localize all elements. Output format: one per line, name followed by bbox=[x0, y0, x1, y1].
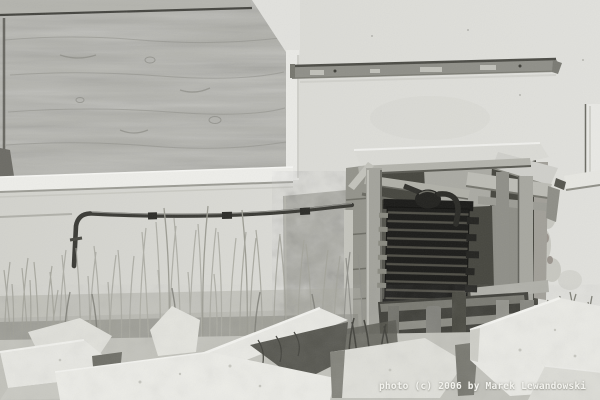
film-grain bbox=[0, 0, 600, 400]
watermark: photo (c) 2006 by Marek Lewandowski bbox=[379, 381, 586, 392]
photo-scene bbox=[0, 0, 600, 400]
photo-frame: photo (c) 2006 by Marek Lewandowski bbox=[0, 0, 600, 400]
